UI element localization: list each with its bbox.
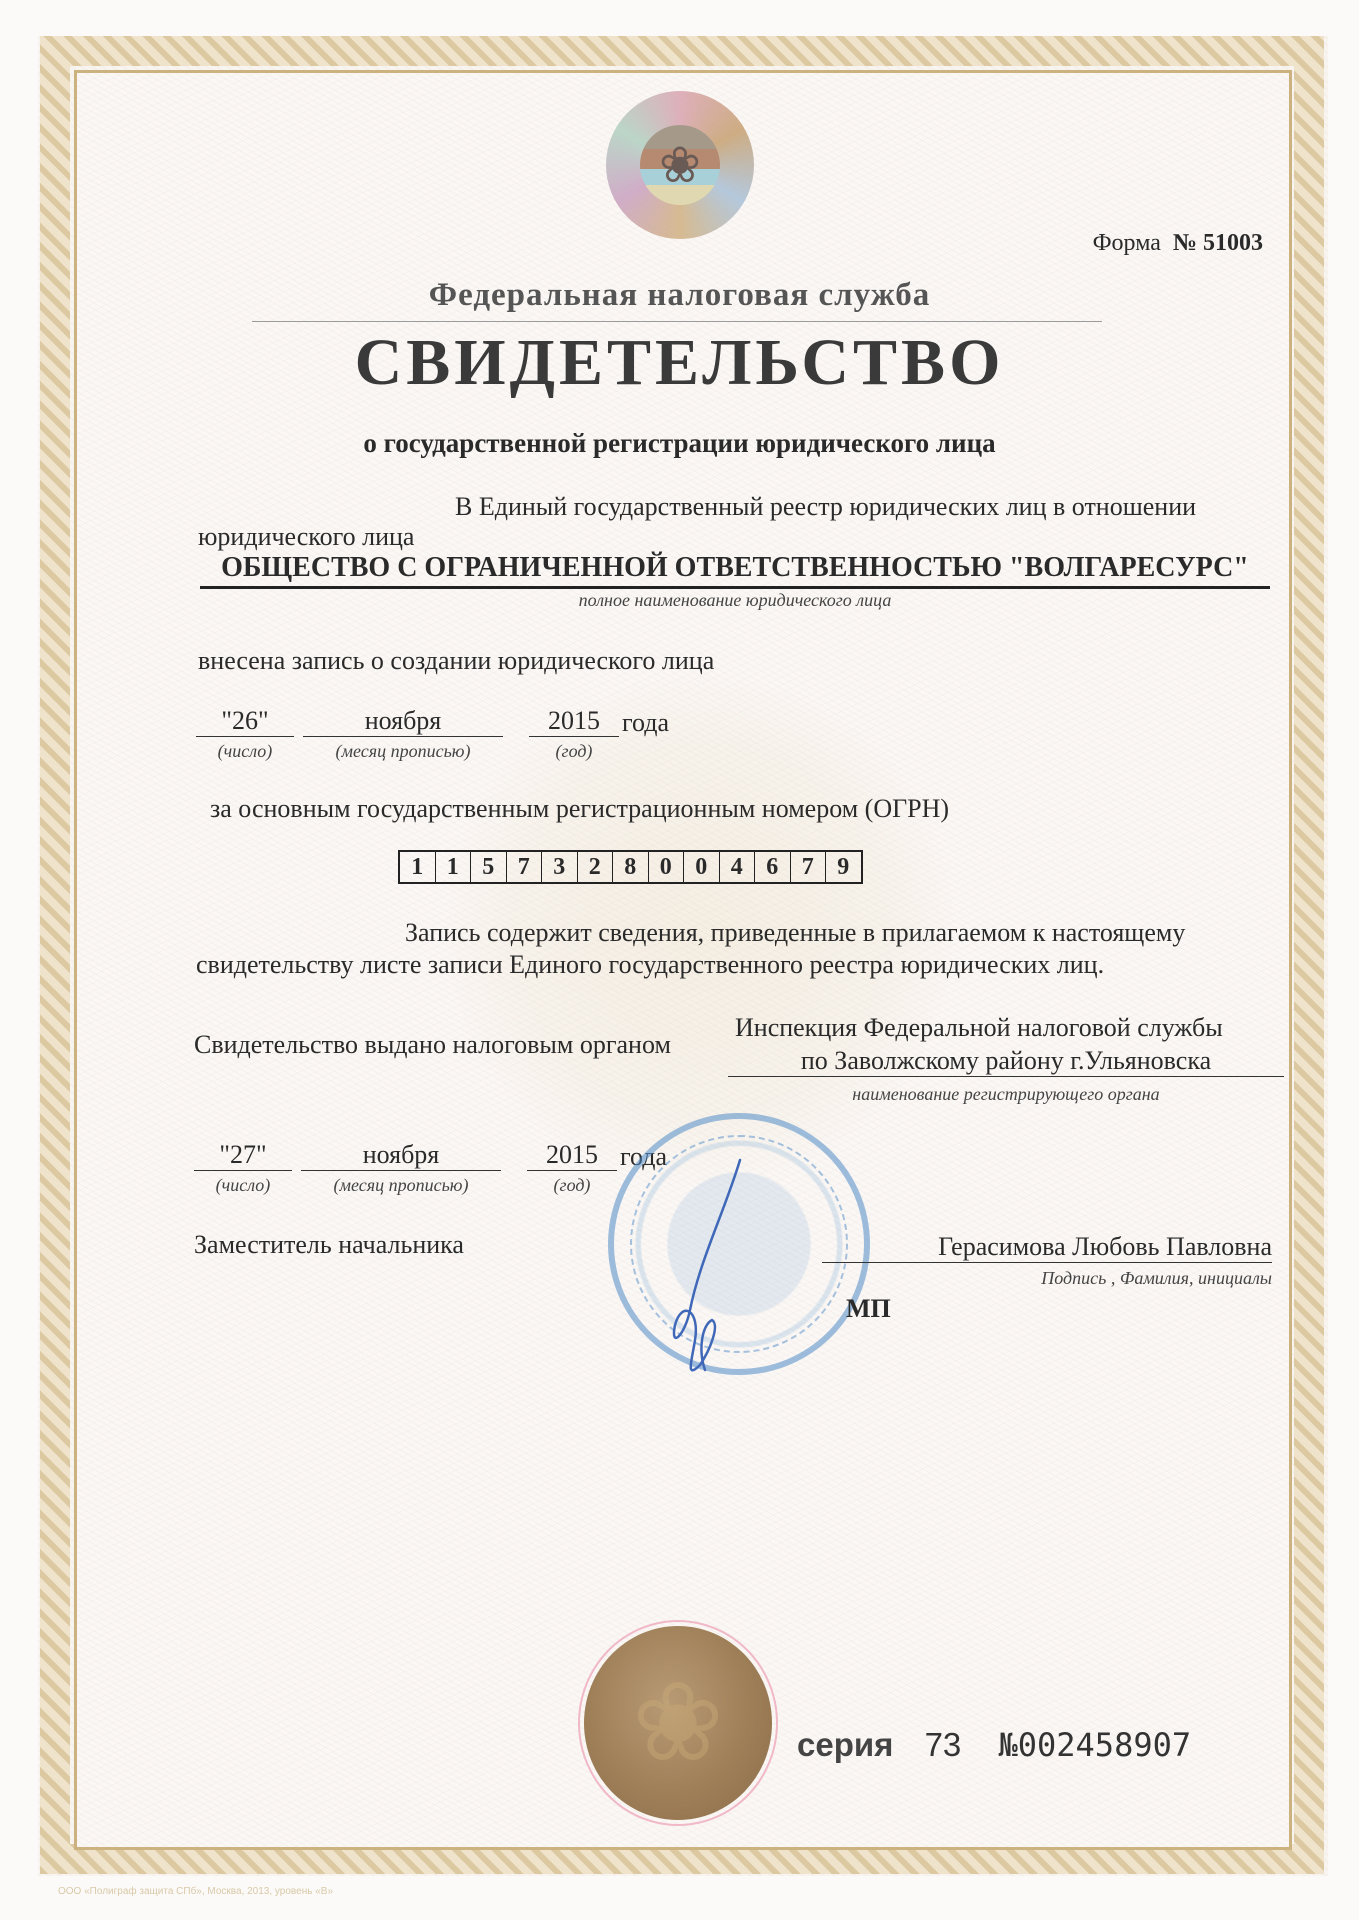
agency-divider — [252, 321, 1102, 322]
statement-line-1: Запись содержит сведения, приведенные в … — [405, 918, 1185, 948]
certificate-number: №002458907 — [998, 1726, 1191, 1764]
company-name: ОБЩЕСТВО С ОГРАНИЧЕННОЙ ОТВЕТСТВЕННОСТЬЮ… — [200, 552, 1270, 589]
issue-year-caption: (год) — [527, 1175, 617, 1196]
signatory-caption: Подпись , Фамилия, инициалы — [822, 1268, 1272, 1289]
ogrn-label: за основным государственным регистрацион… — [210, 794, 949, 824]
seal-eagle-icon: ❀ — [584, 1626, 772, 1820]
serial-number: серия 73 №002458907 — [797, 1726, 1191, 1764]
record-month: ноября — [303, 706, 503, 737]
ogrn-digit: 3 — [542, 852, 578, 882]
statement-line-2: свидетельству листе записи Единого госуд… — [196, 950, 1104, 980]
issuer-line-1: Инспекция Федеральной налоговой службы — [735, 1013, 1223, 1043]
record-year-suffix: года — [622, 708, 669, 738]
printer-note: ООО «Полиграф защита СПб», Москва, 2013,… — [58, 1886, 333, 1897]
issue-month: ноября — [301, 1140, 501, 1171]
signature — [640, 1150, 780, 1390]
ogrn-digit: 0 — [684, 852, 720, 882]
seal-place-mark: МП — [846, 1294, 891, 1324]
record-year-caption: (год) — [529, 741, 619, 762]
record-year: 2015 — [529, 706, 619, 737]
signatory-name: Герасимова Любовь Павловна — [822, 1232, 1272, 1263]
ogrn-digit: 7 — [507, 852, 543, 882]
record-day: "26" — [196, 706, 294, 737]
ogrn-digit: 0 — [649, 852, 685, 882]
issuer-label: Свидетельство выдано налоговым органом — [194, 1030, 671, 1060]
series-label: серия — [797, 1726, 893, 1763]
issue-day-caption: (число) — [194, 1175, 292, 1196]
ogrn-digit: 1 — [436, 852, 472, 882]
ogrn-digit: 9 — [826, 852, 861, 882]
ogrn-digit: 4 — [720, 852, 756, 882]
signatory-position: Заместитель начальника — [194, 1230, 464, 1260]
ogrn-number: 1157328004679 — [398, 850, 863, 884]
ogrn-digit: 2 — [578, 852, 614, 882]
ogrn-digit: 1 — [400, 852, 436, 882]
issuer-line-2: по Заволжскому району г.Ульяновска — [728, 1046, 1284, 1077]
form-label: Форма — [1093, 230, 1161, 256]
double-headed-eagle-icon: ❀ — [652, 132, 708, 198]
record-month-caption: (месяц прописью) — [303, 741, 503, 762]
record-day-caption: (число) — [196, 741, 294, 762]
agency-name: Федеральная налоговая служба — [0, 277, 1359, 314]
company-name-caption: полное наименование юридического лица — [200, 590, 1270, 611]
form-number-value: № 51003 — [1173, 230, 1263, 256]
issue-day: "27" — [194, 1140, 292, 1171]
record-text: внесена запись о создании юридического л… — [198, 646, 714, 676]
form-number: Форма № 51003 — [1093, 230, 1263, 257]
ogrn-digit: 7 — [791, 852, 827, 882]
ogrn-digit: 6 — [755, 852, 791, 882]
series-value: 73 — [925, 1726, 962, 1763]
issuer-caption: наименование регистрирующего органа — [728, 1084, 1284, 1105]
ogrn-digit: 8 — [613, 852, 649, 882]
ogrn-digit: 5 — [471, 852, 507, 882]
document-subtitle: о государственной регистрации юридическо… — [0, 428, 1359, 459]
document-title: СВИДЕТЕЛЬСТВО — [0, 325, 1359, 401]
intro-line-1: В Единый государственный реестр юридичес… — [455, 492, 1196, 522]
intro-line-2: юридического лица — [198, 522, 414, 552]
issue-month-caption: (месяц прописью) — [301, 1175, 501, 1196]
issue-year: 2015 — [527, 1140, 617, 1171]
